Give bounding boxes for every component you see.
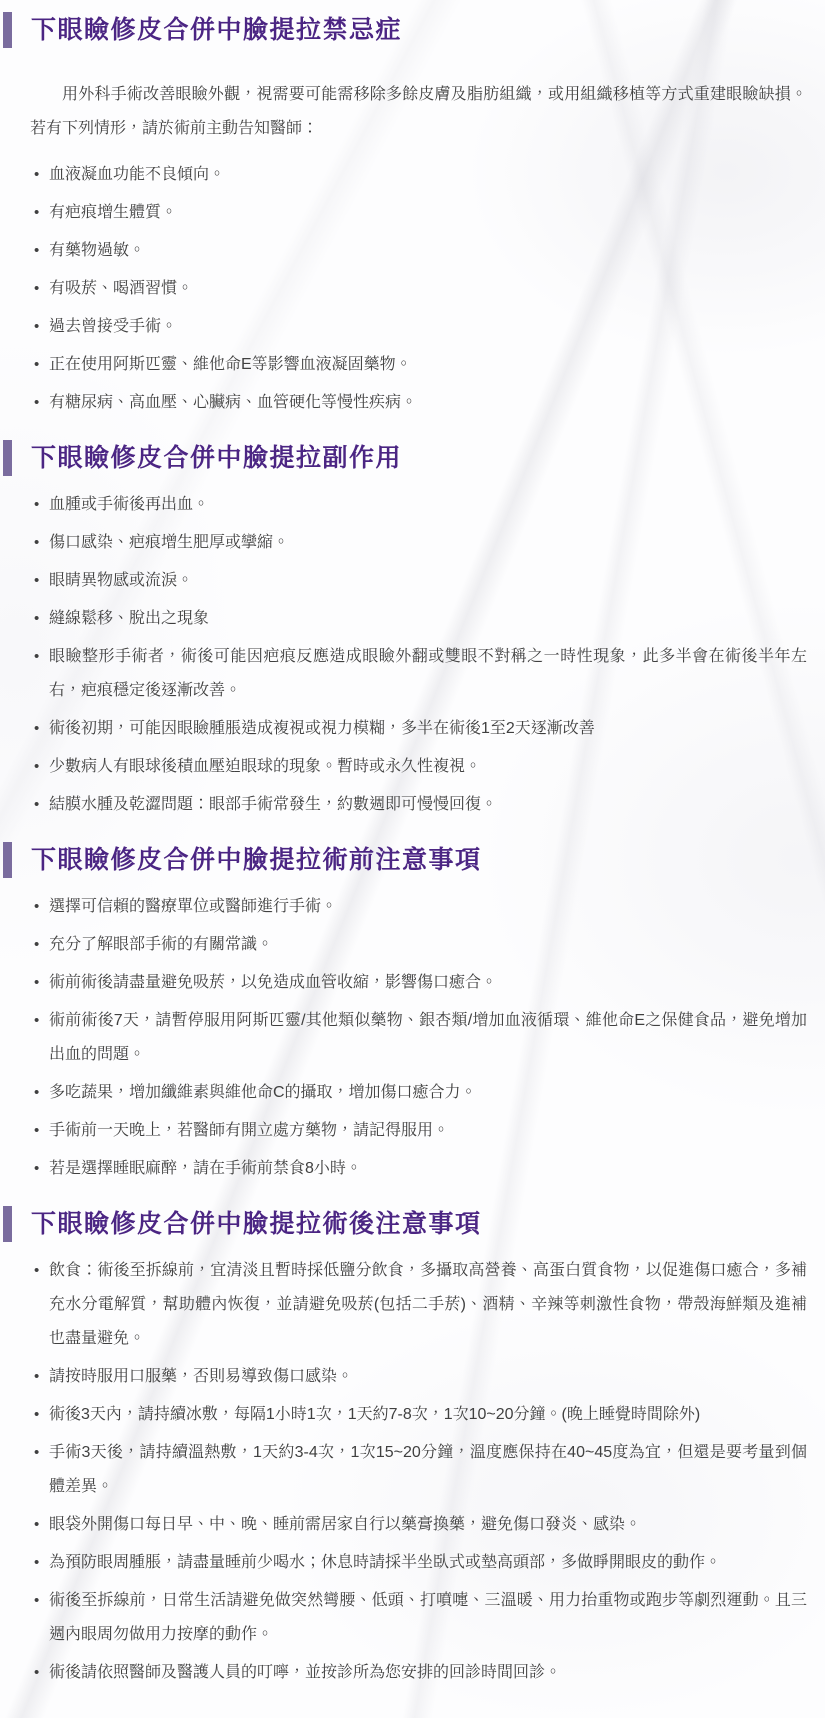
- list-item: 有糖尿病、高血壓、心臟病、血管硬化等慢性疾病。: [49, 386, 807, 420]
- list-item: 正在使用阿斯匹靈、維他命E等影響血液凝固藥物。: [49, 348, 807, 382]
- list-item: 眼袋外開傷口每日早、中、晚、睡前需居家自行以藥膏換藥，避免傷口發炎、感染。: [49, 1508, 807, 1542]
- section-heading: 下眼瞼修皮合併中臉提拉術後注意事項: [3, 1206, 815, 1242]
- section-heading: 下眼瞼修皮合併中臉提拉術前注意事項: [3, 842, 815, 878]
- section-title: 下眼瞼修皮合併中臉提拉禁忌症: [31, 12, 402, 48]
- heading-accent-bar: [3, 1206, 12, 1242]
- list-item: 飲食：術後至拆線前，宜清淡且暫時採低鹽分飲食，多攝取高營養、高蛋白質食物，以促進…: [49, 1254, 807, 1356]
- heading-accent-bar: [3, 12, 12, 48]
- section-heading: 下眼瞼修皮合併中臉提拉副作用: [3, 440, 815, 476]
- list-item: 術後至拆線前，日常生活請避免做突然彎腰、低頭、打噴嚏、三溫暖、用力抬重物或跑步等…: [49, 1584, 807, 1652]
- intro-paragraph: 用外科手術改善眼瞼外觀，視需要可能需移除多餘皮膚及脂肪組織，或用組織移植等方式重…: [30, 78, 807, 146]
- bullet-list: 血腫或手術後再出血。傷口感染、疤痕增生肥厚或攣縮。眼睛異物感或流淚。縫線鬆移、脫…: [30, 488, 807, 822]
- list-item: 手術前一天晚上，若醫師有開立處方藥物，請記得服用。: [49, 1114, 807, 1148]
- heading-accent-bar: [3, 842, 12, 878]
- heading-accent-bar: [3, 440, 12, 476]
- list-item: 為預防眼周腫脹，請盡量睡前少喝水；休息時請採半坐臥式或墊高頭部，多做睜開眼皮的動…: [49, 1546, 807, 1580]
- bullet-list: 血液凝血功能不良傾向。有疤痕增生體質。有藥物過敏。有吸菸、喝酒習慣。過去曾接受手…: [30, 158, 807, 420]
- list-item: 有藥物過敏。: [49, 234, 807, 268]
- list-item: 結膜水腫及乾澀問題：眼部手術常發生，約數週即可慢慢回復。: [49, 788, 807, 822]
- section-title: 下眼瞼修皮合併中臉提拉術前注意事項: [31, 842, 482, 878]
- bullet-list: 選擇可信賴的醫療單位或醫師進行手術。充分了解眼部手術的有關常識。術前術後請盡量避…: [30, 890, 807, 1186]
- section-heading: 下眼瞼修皮合併中臉提拉禁忌症: [3, 12, 815, 48]
- list-item: 眼瞼整形手術者，術後可能因疤痕反應造成眼瞼外翻或雙眼不對稱之一時性現象，此多半會…: [49, 640, 807, 708]
- list-item: 有疤痕增生體質。: [49, 196, 807, 230]
- section-contraindications: 下眼瞼修皮合併中臉提拉禁忌症 用外科手術改善眼瞼外觀，視需要可能需移除多餘皮膚及…: [3, 12, 815, 420]
- list-item: 有吸菸、喝酒習慣。: [49, 272, 807, 306]
- list-item: 術後初期，可能因眼瞼腫脹造成複視或視力模糊，多半在術後1至2天逐漸改善: [49, 712, 807, 746]
- list-item: 術後3天內，請持續冰敷，每隔1小時1次，1天約7-8次，1次10~20分鐘。(晚…: [49, 1398, 807, 1432]
- section-preop-notes: 下眼瞼修皮合併中臉提拉術前注意事項 選擇可信賴的醫療單位或醫師進行手術。充分了解…: [3, 842, 815, 1186]
- list-item: 過去曾接受手術。: [49, 310, 807, 344]
- section-title: 下眼瞼修皮合併中臉提拉副作用: [31, 440, 402, 476]
- list-item: 眼睛異物感或流淚。: [49, 564, 807, 598]
- list-item: 血腫或手術後再出血。: [49, 488, 807, 522]
- section-postop-notes: 下眼瞼修皮合併中臉提拉術後注意事項 飲食：術後至拆線前，宜清淡且暫時採低鹽分飲食…: [3, 1206, 815, 1690]
- list-item: 術後請依照醫師及醫護人員的叮嚀，並按診所為您安排的回診時間回診。: [49, 1656, 807, 1690]
- list-item: 選擇可信賴的醫療單位或醫師進行手術。: [49, 890, 807, 924]
- section-side-effects: 下眼瞼修皮合併中臉提拉副作用 血腫或手術後再出血。傷口感染、疤痕增生肥厚或攣縮。…: [3, 440, 815, 822]
- list-item: 手術3天後，請持續溫熱敷，1天約3-4次，1次15~20分鐘，溫度應保持在40~…: [49, 1436, 807, 1504]
- list-item: 術前術後7天，請暫停服用阿斯匹靈/其他類似藥物、銀杏類/增加血液循環、維他命E之…: [49, 1004, 807, 1072]
- bullet-list: 飲食：術後至拆線前，宜清淡且暫時採低鹽分飲食，多攝取高營養、高蛋白質食物，以促進…: [30, 1254, 807, 1690]
- list-item: 充分了解眼部手術的有關常識。: [49, 928, 807, 962]
- list-item: 傷口感染、疤痕增生肥厚或攣縮。: [49, 526, 807, 560]
- list-item: 多吃蔬果，增加纖維素與維他命C的攝取，增加傷口癒合力。: [49, 1076, 807, 1110]
- list-item: 若是選擇睡眠麻醉，請在手術前禁食8小時。: [49, 1152, 807, 1186]
- article-page: 下眼瞼修皮合併中臉提拉禁忌症 用外科手術改善眼瞼外觀，視需要可能需移除多餘皮膚及…: [0, 0, 825, 1690]
- list-item: 少數病人有眼球後積血壓迫眼球的現象。暫時或永久性複視。: [49, 750, 807, 784]
- list-item: 血液凝血功能不良傾向。: [49, 158, 807, 192]
- list-item: 縫線鬆移、脫出之現象: [49, 602, 807, 636]
- list-item: 請按時服用口服藥，否則易導致傷口感染。: [49, 1360, 807, 1394]
- list-item: 術前術後請盡量避免吸菸，以免造成血管收縮，影響傷口癒合。: [49, 966, 807, 1000]
- section-title: 下眼瞼修皮合併中臉提拉術後注意事項: [31, 1206, 482, 1242]
